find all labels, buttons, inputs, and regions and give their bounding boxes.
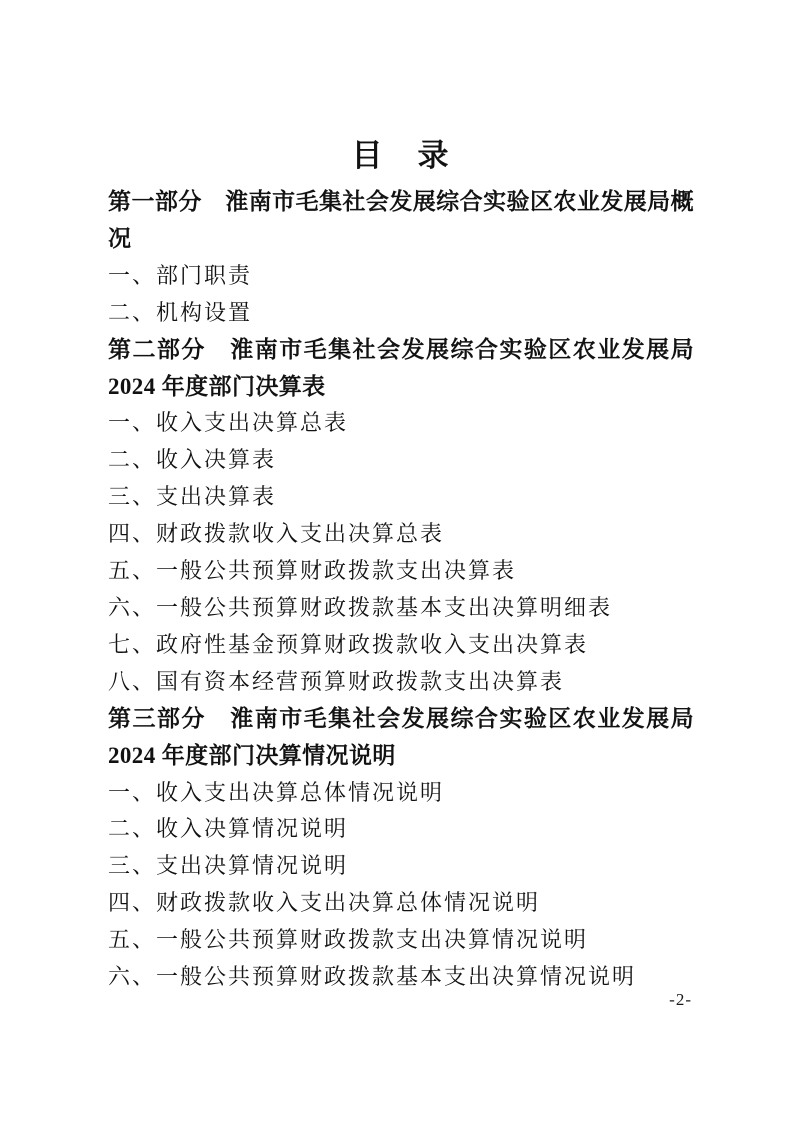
toc-part-1-heading: 第一部分 淮南市毛集社会发展综合实验区农业发展局概况	[108, 184, 694, 258]
toc-item: 四、财政拨款收入支出决算总表	[108, 516, 694, 553]
toc-item: 五、一般公共预算财政拨款支出决算表	[108, 553, 694, 590]
toc-item: 二、收入决算表	[108, 442, 694, 479]
toc-part-1: 第一部分 淮南市毛集社会发展综合实验区农业发展局概况 一、部门职责 二、机构设置	[108, 184, 694, 332]
toc-part-3-heading: 第三部分 淮南市毛集社会发展综合实验区农业发展局 2024 年度部门决算情况说明	[108, 701, 694, 775]
document-page: 目 录 第一部分 淮南市毛集社会发展综合实验区农业发展局概况 一、部门职责 二、…	[0, 0, 794, 1122]
toc-item: 一、收入支出决算总体情况说明	[108, 775, 694, 812]
toc-item: 一、部门职责	[108, 258, 694, 295]
toc-item: 六、一般公共预算财政拨款基本支出决算明细表	[108, 590, 694, 627]
toc-item: 六、一般公共预算财政拨款基本支出决算情况说明	[108, 959, 694, 996]
toc-item: 二、收入决算情况说明	[108, 811, 694, 848]
page-number: -2-	[669, 990, 692, 1010]
toc-item: 三、支出决算情况说明	[108, 848, 694, 885]
toc-item: 八、国有资本经营预算财政拨款支出决算表	[108, 664, 694, 701]
toc-item: 一、收入支出决算总表	[108, 405, 694, 442]
toc-content: 目 录 第一部分 淮南市毛集社会发展综合实验区农业发展局概况 一、部门职责 二、…	[108, 134, 694, 996]
toc-item: 二、机构设置	[108, 295, 694, 332]
toc-item: 三、支出决算表	[108, 479, 694, 516]
toc-part-2: 第二部分 淮南市毛集社会发展综合实验区农业发展局 2024 年度部门决算表 一、…	[108, 332, 694, 701]
toc-part-3: 第三部分 淮南市毛集社会发展综合实验区农业发展局 2024 年度部门决算情况说明…	[108, 701, 694, 996]
page-title: 目 录	[108, 134, 694, 178]
toc-part-2-heading: 第二部分 淮南市毛集社会发展综合实验区农业发展局 2024 年度部门决算表	[108, 332, 694, 406]
toc-item: 五、一般公共预算财政拨款支出决算情况说明	[108, 922, 694, 959]
toc-item: 四、财政拨款收入支出决算总体情况说明	[108, 885, 694, 922]
toc-item: 七、政府性基金预算财政拨款收入支出决算表	[108, 627, 694, 664]
